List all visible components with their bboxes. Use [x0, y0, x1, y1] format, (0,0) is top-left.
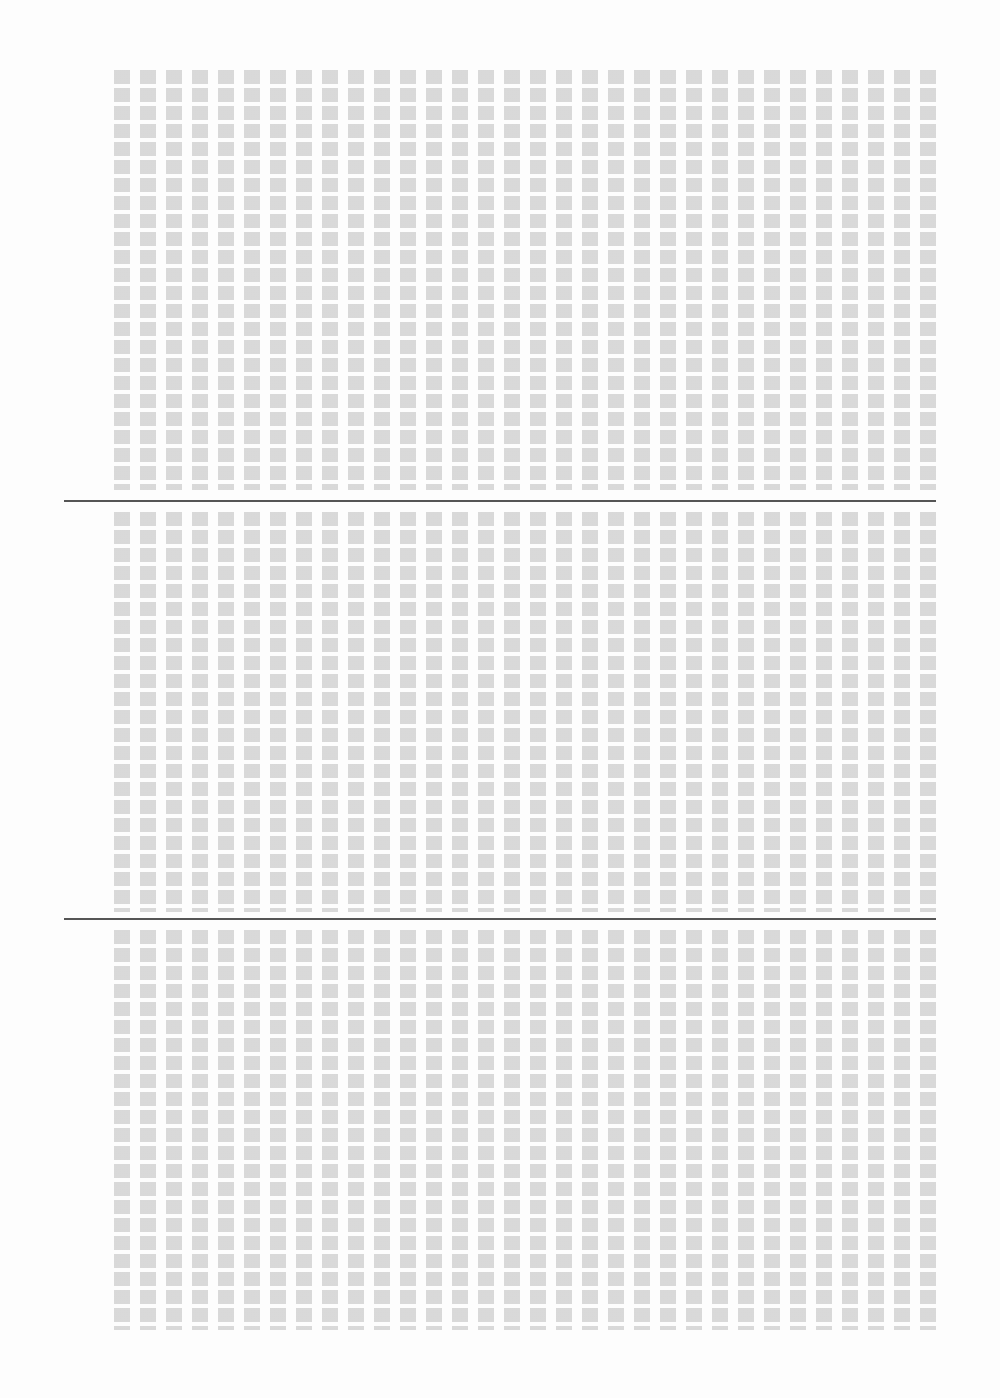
- text-columns: [64, 512, 936, 912]
- document-page: [0, 0, 1000, 1398]
- text-band-bottom: [64, 930, 936, 1330]
- divider: [64, 918, 936, 920]
- text-columns: [64, 930, 936, 1330]
- divider: [64, 500, 936, 502]
- text-band-middle: [64, 512, 936, 912]
- text-columns: [64, 70, 936, 490]
- text-band-top: [64, 70, 936, 490]
